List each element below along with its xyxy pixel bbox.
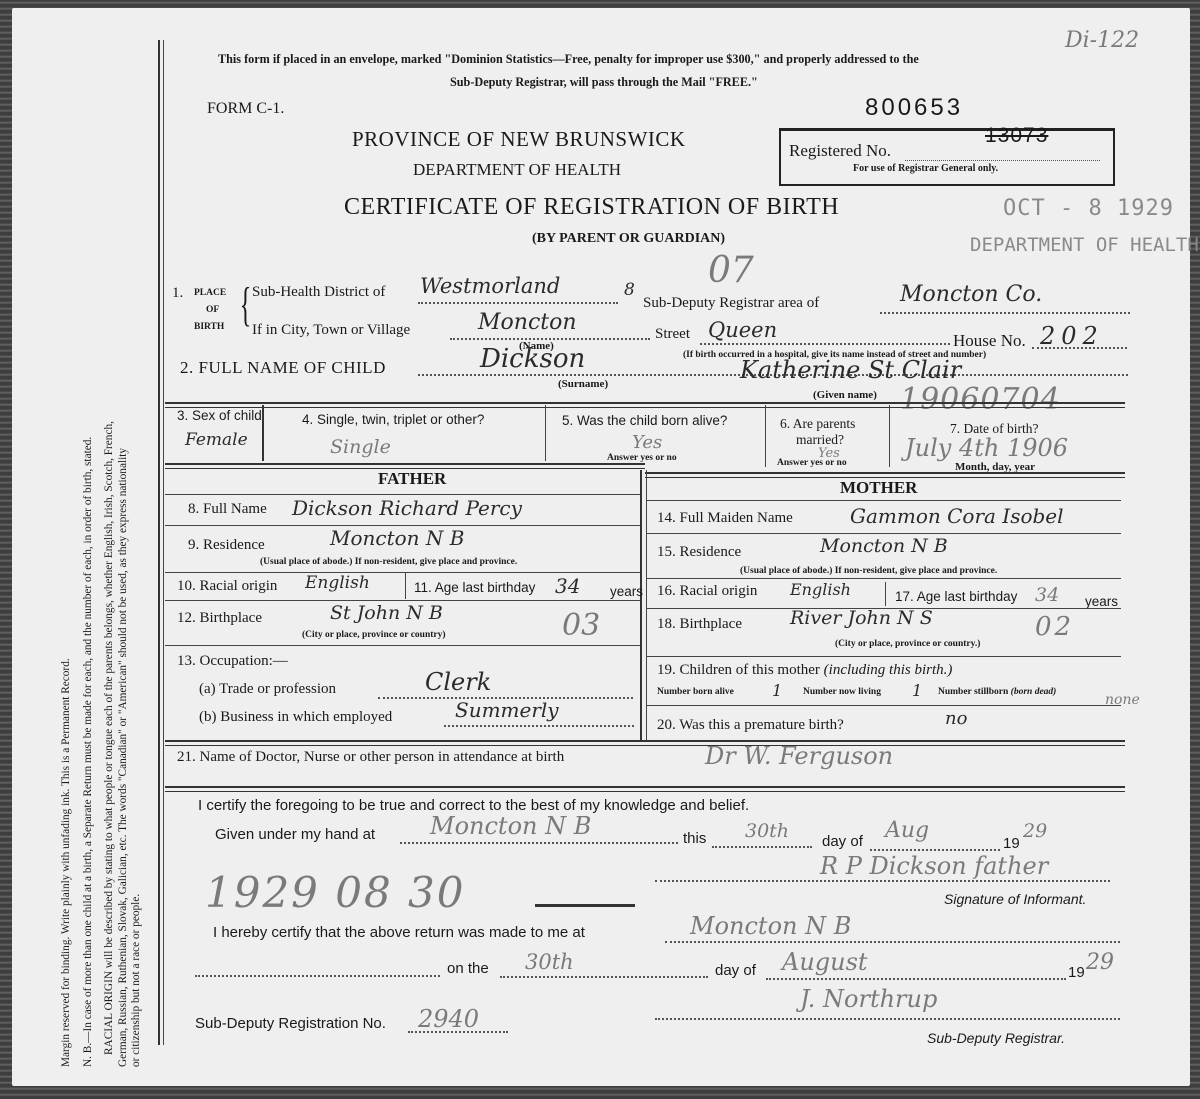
district-value: Westmorland: [420, 274, 560, 298]
section-divider-4: [165, 786, 1125, 792]
father-row-line-0: [165, 494, 640, 495]
married-caption: Answer yes or no: [777, 458, 847, 468]
postal-notice-line-1: This form if placed in an envelope, mark…: [218, 52, 919, 67]
alive-value: Yes: [632, 432, 662, 453]
cert-year-value: 29: [1023, 820, 1047, 842]
born-alive-value: 1: [772, 681, 782, 700]
dob-value: July 4th 1906: [905, 434, 1068, 462]
father-birthplace-label: 12. Birthplace: [177, 610, 262, 627]
on-the-label: on the: [447, 960, 489, 977]
serial-number: 800653: [865, 94, 963, 122]
place-side-label-3: BIRTH: [194, 322, 224, 332]
father-age-label: 11. Age last birthday: [414, 580, 535, 595]
certificate-subtitle: (BY PARENT OR GUARDIAN): [532, 231, 725, 247]
stillborn-label-text: Number stillborn: [938, 687, 1008, 697]
section-divider-3: [165, 740, 1125, 746]
province-heading: PROVINCE OF NEW BRUNSWICK: [352, 127, 686, 152]
mother-age-years: years: [1085, 594, 1118, 609]
married-label-1: 6. Are parents: [780, 416, 855, 432]
registered-number-struck: 13073: [985, 124, 1048, 148]
mother-row-line-4: [646, 656, 1121, 657]
place-brace: {: [240, 280, 252, 330]
district-dots: [418, 302, 618, 304]
received-stamp-date: OCT - 8 1929: [1003, 196, 1174, 221]
child-given-caption: (Given name): [813, 389, 877, 401]
given-label: Given under my hand at: [215, 826, 375, 843]
occupation-label: 13. Occupation:—: [177, 653, 288, 670]
section-divider-1: [165, 402, 1125, 408]
registered-number-dots: [905, 160, 1100, 161]
registration-number-value: 2940: [418, 1005, 479, 1033]
registrar-year-value: 29: [1086, 950, 1114, 975]
postal-notice-line-2: Sub-Deputy Registrar, will pass through …: [450, 75, 758, 90]
street-value: Queen: [708, 318, 777, 342]
house-number-value: 202: [1040, 322, 1104, 350]
mother-birthplace-caption: (City or place, province or country.): [835, 639, 980, 649]
informant-caption: Signature of Informant.: [944, 891, 1086, 907]
attendant-label: 21. Name of Doctor, Nurse or other perso…: [177, 749, 564, 766]
stillborn-label: Number stillborn (born dead): [938, 687, 1056, 697]
month-dots: [870, 849, 1000, 851]
place-side-label-2: OF: [206, 305, 219, 315]
registrar-day-dots: [500, 976, 708, 978]
father-birthplace-value: St John N B: [330, 602, 443, 624]
father-age-value: 34: [555, 574, 580, 598]
cell-divider-alive: [765, 405, 766, 467]
cert-day-value: 30th: [745, 820, 789, 842]
district-code: 8: [624, 280, 635, 300]
registrar-general-note: For use of Registrar General only.: [853, 163, 998, 174]
child-surname: Dickson: [480, 344, 585, 374]
given-place-dots: [400, 842, 678, 844]
father-mother-divider-2: [646, 470, 647, 742]
father-residence-label: 9. Residence: [188, 537, 265, 554]
file-date: 1929 08 30: [205, 868, 465, 917]
cert-year-prefix: 19: [1003, 835, 1020, 852]
registrar-day-of-label: day of: [715, 962, 756, 979]
left-border-line: [158, 40, 160, 1045]
cell-divider-plurality: [545, 405, 546, 461]
certificate-title: CERTIFICATE OF REGISTRATION OF BIRTH: [344, 194, 839, 221]
department-heading: DEPARTMENT OF HEALTH: [413, 160, 621, 180]
cell-divider-sex: [262, 405, 264, 461]
sex-label: 3. Sex of child: [177, 408, 262, 423]
area-code: 07: [708, 250, 754, 291]
born-alive-label: Number born alive: [657, 687, 734, 697]
margin-instructions: Margin reserved for binding. Write plain…: [60, 15, 144, 1075]
father-birthplace-code: 03: [562, 608, 600, 643]
district-label: Sub-Health District of: [252, 284, 385, 301]
sex-value: Female: [185, 430, 248, 450]
registrar-month-dots: [766, 978, 1066, 980]
city-value: Moncton: [478, 310, 577, 335]
mother-age-value: 34: [1035, 584, 1059, 606]
father-heading: FATHER: [378, 469, 446, 489]
plurality-label: 4. Single, twin, triplet or other?: [302, 412, 484, 427]
children-label-italic: (including this birth.): [824, 662, 953, 678]
on-the-lead-dots: [195, 975, 440, 977]
mother-residence-value: Moncton N B: [820, 535, 948, 557]
registrar-area-label: Sub-Deputy Registrar area of: [643, 295, 819, 312]
mother-age-label: 17. Age last birthday: [895, 589, 1017, 604]
now-living-value: 1: [912, 681, 922, 700]
premature-label: 20. Was this a premature birth?: [657, 717, 844, 734]
alive-label: 5. Was the child born alive?: [562, 413, 727, 428]
father-racial-value: English: [305, 573, 370, 593]
stillborn-label-italic: (born dead): [1011, 687, 1057, 697]
father-residence-value: Moncton N B: [330, 526, 464, 550]
cert-day-of-label: day of: [822, 833, 863, 850]
mother-row-line-0: [646, 500, 1121, 501]
mother-birthplace-label: 18. Birthplace: [657, 616, 742, 633]
mother-row-line-2: [646, 578, 1121, 579]
father-mother-divider: [640, 470, 642, 742]
attendant-value: Dr W. Ferguson: [705, 742, 893, 770]
margin-line-5: or citizenship but not a race or people.: [130, 15, 144, 1075]
cert-month-value: Aug: [885, 818, 929, 843]
informant-signature-dots: [655, 880, 1110, 882]
now-living-label: Number now living: [803, 687, 881, 697]
premature-value: no: [945, 708, 967, 729]
street-label: Street: [655, 326, 690, 343]
margin-line-4: German, Russian, Ruthenian, Slovak, Gali…: [117, 15, 131, 1075]
father-racial-label: 10. Racial origin: [177, 578, 277, 595]
mother-racial-label: 16. Racial origin: [657, 583, 757, 600]
given-place-value: Moncton N B: [430, 812, 591, 840]
registrar-place-value: Moncton N B: [690, 912, 851, 940]
registrar-signature: J. Northrup: [800, 985, 937, 1013]
mother-heading: MOTHER: [840, 478, 917, 498]
mother-birthplace-value: River John N S: [790, 607, 933, 629]
father-birthplace-caption: (City or place, province or country): [302, 630, 446, 640]
children-label: 19. Children of this mother (including t…: [657, 662, 952, 679]
father-residence-caption: (Usual place of abode.) If non-resident,…: [260, 557, 517, 567]
father-racial-divider: [405, 573, 406, 599]
business-label: (b) Business in which employed: [199, 709, 392, 726]
file-date-underline: [535, 904, 635, 907]
father-age-years: years: [610, 584, 643, 599]
alive-caption: Answer yes or no: [607, 453, 677, 463]
registrar-year-prefix: 19: [1068, 964, 1085, 981]
margin-line-1: Margin reserved for binding. Write plain…: [60, 15, 74, 1075]
form-number: FORM C-1.: [207, 100, 284, 118]
father-row-line-2: [165, 572, 640, 573]
street-dots: [700, 343, 950, 345]
registrar-place-dots: [665, 941, 1120, 943]
registrar-signature-dots: [655, 1018, 1120, 1020]
mother-racial-value: English: [790, 580, 851, 599]
informant-signature: R P Dickson father: [820, 852, 1048, 880]
place-num: 1.: [172, 285, 183, 302]
mother-name-label: 14. Full Maiden Name: [657, 510, 793, 527]
children-label-text: 19. Children of this mother: [657, 662, 820, 678]
registered-number-label: Registered No.: [789, 141, 891, 161]
father-name-label: 8. Full Name: [188, 501, 267, 518]
this-label: this: [683, 830, 706, 847]
mother-birthplace-code: 02: [1035, 612, 1074, 642]
business-value: Summerly: [455, 698, 559, 722]
father-name-value: Dickson Richard Percy: [292, 496, 522, 520]
corner-note: Di-122: [1065, 28, 1139, 53]
father-row-line-4: [165, 645, 640, 646]
city-label: If in City, Town or Village: [252, 322, 410, 339]
place-side-label-1: PLACE: [194, 288, 226, 298]
left-border-line-inner: [163, 40, 164, 1045]
mother-residence-label: 15. Residence: [657, 544, 741, 561]
plurality-value: Single: [330, 436, 391, 458]
mother-row-line-1: [646, 533, 1121, 534]
house-number-label: House No.: [953, 331, 1026, 351]
child-surname-caption: (Surname): [558, 378, 608, 390]
registrar-statement: I hereby certify that the above return w…: [213, 924, 585, 941]
registrar-caption: Sub-Deputy Registrar.: [927, 1030, 1065, 1046]
child-index-code: 19060704: [900, 382, 1061, 417]
registrar-area-dots: [880, 312, 1130, 314]
cell-divider-married: [889, 405, 890, 467]
registration-number-label: Sub-Deputy Registration No.: [195, 1015, 386, 1032]
day-dots: [712, 846, 812, 848]
mother-racial-divider: [885, 582, 886, 606]
mother-name-value: Gammon Cora Isobel: [850, 504, 1064, 528]
registrar-month-value: August: [782, 948, 868, 976]
margin-line-3: RACIAL ORIGIN will be described by stati…: [103, 15, 117, 1075]
mother-row-line-5: [646, 705, 1121, 706]
registrar-day-value: 30th: [525, 950, 574, 974]
margin-line-2: N. B.—In case of more than one child at …: [82, 15, 96, 1075]
trade-value: Clerk: [425, 668, 491, 696]
registrar-area-value: Moncton Co.: [900, 282, 1042, 307]
received-stamp-department: DEPARTMENT OF HEALTH: [970, 234, 1199, 256]
trade-label: (a) Trade or profession: [199, 681, 336, 698]
business-dots: [444, 725, 634, 727]
father-row-line-3: [165, 600, 640, 601]
child-given-name: Katherine St Clair: [740, 356, 961, 384]
mother-residence-caption: (Usual place of abode.) If non-resident,…: [740, 566, 997, 576]
child-name-label: 2. FULL NAME OF CHILD: [180, 358, 386, 378]
